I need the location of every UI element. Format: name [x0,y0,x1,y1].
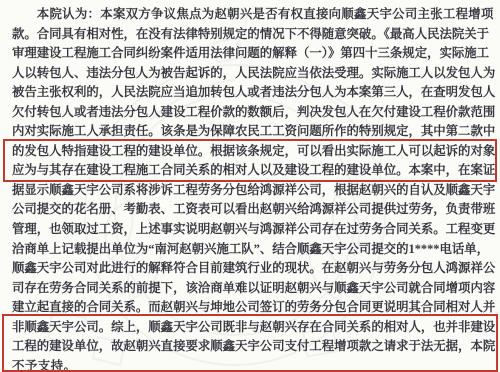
document-line: 内对实际施工人承担责任。该条是为保障农民工工资问题所作的特别规定，其中第二款中 [12,122,486,142]
document-line: 本院认为：本案双方争议焦点为赵朝兴是否有权直接向顺鑫天宇公司主张工程增项 [12,5,486,25]
document-line: 款。合同具有相对性，在没有法律特别规定的情况下不得随意突破。《最高人民法院关于 [12,25,486,45]
document-line: 人以转包人、违法分包人为被告起诉的，人民法院应当依法受理。实际施工人以发包人为 [12,64,486,84]
document-line: 公司提交的花名册、考勤表、工资表可以看出赵朝兴给鸿源祥公司提供过劳务，负责带班 [12,200,486,220]
document-line: 建立起直接的合同关系。而赵朝兴与坤地公司签订的劳务分包合同更说明其合同相对人并 [12,298,486,318]
document-line-highlighted: 应为与其存在建设工程施工合同关系的相对人以及建设工程的建设单位。本案中，在案证 [12,161,486,181]
document-line-highlighted: 不予支持。 [12,357,486,372]
document-line: 据显示顺鑫天宇公司系将涉诉工程劳务分包给鸿源祥公司，根据赵朝兴的自认及顺鑫天宇 [12,181,486,201]
document-line-highlighted: 的发包人特指建设工程的建设单位。根据该条规定，可以看出实际施工人可以起诉的对象 [12,142,486,162]
judgment-body-text: 本院认为：本案双方争议焦点为赵朝兴是否有权直接向顺鑫天宇公司主张工程增项 款。合… [12,5,486,372]
document-line: 被告主张权利的，人民法院应当追加转包人或者违法分包人为本案第三人，在查明发包人 [12,83,486,103]
document-line: 管理，也领取过工资，上述事实说明赵朝兴与鸿源祥公司存在过劳务合同关系。工程变更 [12,220,486,240]
document-line: 洽商单上记载提出单位为“南河赵朝兴施工队”、结合顺鑫天宇公司提交的1****电话… [12,240,486,260]
document-line: 审理建设工程施工合同纠纷案件适用法律问题的解释（一）》第四十三条规定，实际施工 [12,44,486,64]
document-line-highlighted: 工程的建设单位，故赵朝兴直接要求顺鑫天宇公司支付工程增项款之请求于法无据，本院 [12,337,486,357]
document-line: 司存在劳务合同关系的前提下，该洽商单难以证明赵朝兴与顺鑫天宇公司就合同增项内容 [12,279,486,299]
document-line: 顺鑫天宇公司对此进行的解释符合目前建筑行业的现状。在赵朝兴与劳务分包人鸿源祥公 [12,259,486,279]
document-line: 欠付转包人或者违法分包人建设工程价款的数额后，判决发包人在欠付建设工程价款范围 [12,103,486,123]
document-line-highlighted: 非顺鑫天宇公司。综上，顺鑫天宇公司既非与赵朝兴存在合同关系的相对人，也并非建设 [12,318,486,338]
document-page: 本院认为：本案双方争议焦点为赵朝兴是否有权直接向顺鑫天宇公司主张工程增项 款。合… [0,0,500,372]
